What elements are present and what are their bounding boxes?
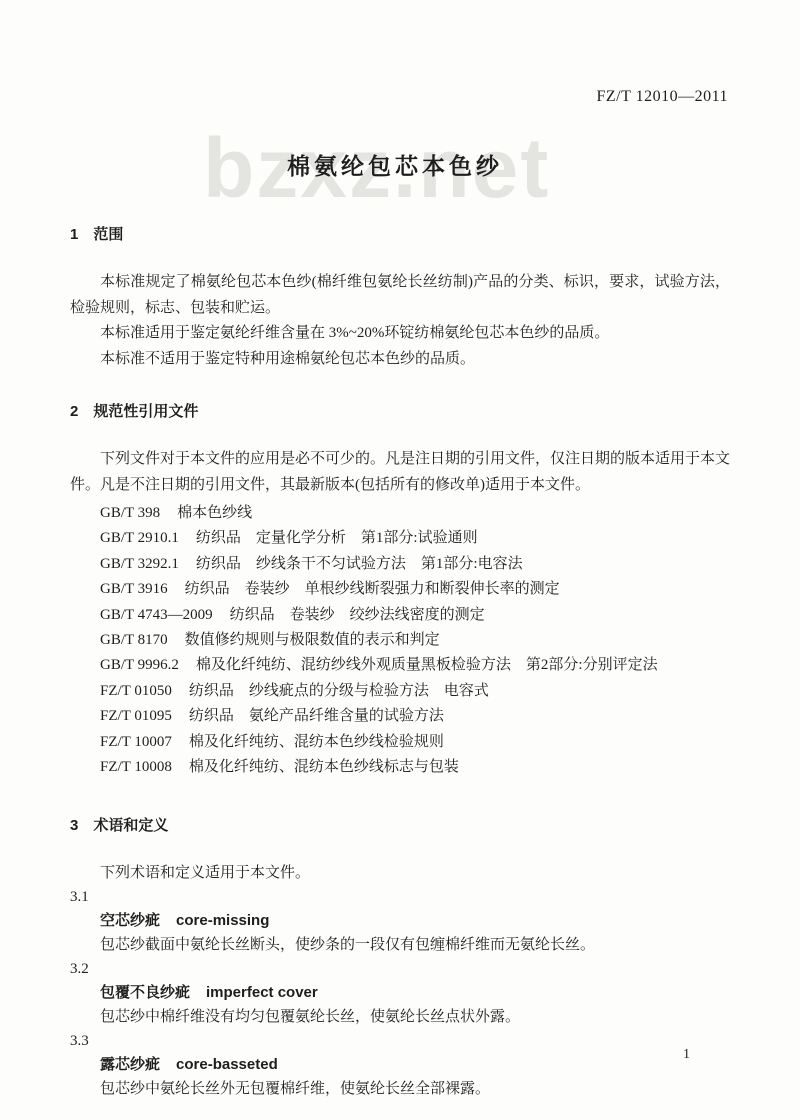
term-name-en: core-missing — [176, 912, 269, 929]
term-name: 包覆不良纱疵imperfect cover — [70, 981, 730, 1005]
reference-title: 纺织品 氨纶产品纤维含量的试验方法 — [189, 708, 444, 724]
reference-code: GB/T 3292.1 — [100, 556, 179, 572]
term-name-en: core-basseted — [176, 1056, 278, 1073]
term-definition: 包芯纱中棉纤维没有均匀包覆氨纶长丝，使氨纶长丝点状外露。 — [70, 1005, 730, 1029]
reference-title: 纺织品 定量化学分析 第1部分:试验通则 — [196, 530, 478, 546]
page-number: 1 — [683, 1047, 690, 1063]
reference-title: 纺织品 卷装纱 单根纱线断裂强力和断裂伸长率的测定 — [185, 581, 560, 597]
reference-code: FZ/T 01050 — [100, 683, 172, 699]
reference-title: 纺织品 纱线疵点的分级与检验方法 电容式 — [189, 683, 489, 699]
document-title: 棉氨纶包芯本色纱 — [70, 152, 720, 182]
reference-code: GB/T 398 — [100, 505, 160, 521]
reference-title: 棉及化纤纯纺、混纺本色纱线检验规则 — [189, 734, 444, 750]
section-heading-scope: 1范围 — [70, 226, 730, 244]
term-name-zh: 露芯纱疵 — [100, 1056, 160, 1073]
reference-code: FZ/T 10008 — [100, 759, 172, 775]
reference-title: 棉及化纤纯纺、混纺本色纱线标志与包装 — [189, 759, 459, 775]
reference-item: GB/T 3292.1纺织品 纱线条干不匀试验方法 第1部分:电容法 — [100, 552, 730, 577]
reference-code: GB/T 2910.1 — [100, 530, 179, 546]
reference-item: GB/T 4743—2009纺织品 卷装纱 绞纱法线密度的测定 — [100, 603, 730, 628]
reference-item: FZ/T 01095纺织品 氨纶产品纤维含量的试验方法 — [100, 704, 730, 729]
term-entry: 3.1 空芯纱疵core-missing 包芯纱截面中氨纶长丝断头，使纱条的一段… — [70, 885, 730, 957]
reference-title: 棉本色纱线 — [177, 505, 252, 521]
reference-code: FZ/T 10007 — [100, 734, 172, 750]
section-number: 3 — [70, 817, 78, 834]
reference-title: 数值修约规则与极限数值的表示和判定 — [185, 632, 440, 648]
section-heading-references: 2规范性引用文件 — [70, 403, 730, 421]
term-entry: 3.2 包覆不良纱疵imperfect cover 包芯纱中棉纤维没有均匀包覆氨… — [70, 957, 730, 1029]
term-name: 空芯纱疵core-missing — [70, 909, 730, 933]
reference-code: GB/T 3916 — [100, 581, 168, 597]
reference-item: GB/T 8170数值修约规则与极限数值的表示和判定 — [100, 628, 730, 653]
reference-item: GB/T 9996.2棉及化纤纯纺、混纺纱线外观质量黑板检验方法 第2部分:分别… — [100, 653, 730, 678]
term-number: 3.2 — [70, 957, 730, 981]
section-number: 2 — [70, 403, 78, 420]
term-name-zh: 包覆不良纱疵 — [100, 984, 190, 1001]
term-number: 3.1 — [70, 885, 730, 909]
scope-paragraph-2: 本标准适用于鉴定氨纶纤维含量在 3%~20%环锭纺棉氨纶包芯本色纱的品质。 — [70, 321, 730, 347]
scope-paragraph-1: 本标准规定了棉氨纶包芯本色纱(棉纤维包氨纶长丝纺制)产品的分类、标识，要求，试验… — [70, 270, 730, 321]
term-definition: 包芯纱中氨纶长丝外无包覆棉纤维，使氨纶长丝全部裸露。 — [70, 1077, 730, 1101]
reference-code: GB/T 4743—2009 — [100, 607, 213, 623]
term-entry: 3.3 露芯纱疵core-basseted 包芯纱中氨纶长丝外无包覆棉纤维，使氨… — [70, 1029, 730, 1101]
term-name-en: imperfect cover — [206, 984, 318, 1001]
reference-code: FZ/T 01095 — [100, 708, 172, 724]
standard-code: FZ/T 12010—2011 — [70, 0, 730, 106]
references-intro: 下列文件对于本文件的应用是必不可少的。凡是注日期的引用文件，仅注日期的版本适用于… — [70, 447, 730, 498]
reference-list: GB/T 398棉本色纱线 GB/T 2910.1纺织品 定量化学分析 第1部分… — [100, 501, 730, 780]
terms-intro: 下列术语和定义适用于本文件。 — [70, 861, 730, 885]
reference-item: FZ/T 10007棉及化纤纯纺、混纺本色纱线检验规则 — [100, 730, 730, 755]
term-definition: 包芯纱截面中氨纶长丝断头，使纱条的一段仅有包缠棉纤维而无氨纶长丝。 — [70, 933, 730, 957]
reference-title: 纺织品 卷装纱 绞纱法线密度的测定 — [230, 607, 485, 623]
section-name: 术语和定义 — [93, 817, 168, 834]
section-name: 范围 — [93, 226, 123, 243]
reference-item: GB/T 3916纺织品 卷装纱 单根纱线断裂强力和断裂伸长率的测定 — [100, 577, 730, 602]
reference-item: GB/T 398棉本色纱线 — [100, 501, 730, 526]
reference-item: FZ/T 10008棉及化纤纯纺、混纺本色纱线标志与包装 — [100, 755, 730, 780]
section-name: 规范性引用文件 — [93, 403, 198, 420]
term-name-zh: 空芯纱疵 — [100, 912, 160, 929]
reference-title: 棉及化纤纯纺、混纺纱线外观质量黑板检验方法 第2部分:分别评定法 — [196, 657, 658, 673]
reference-item: FZ/T 01050纺织品 纱线疵点的分级与检验方法 电容式 — [100, 679, 730, 704]
term-name: 露芯纱疵core-basseted — [70, 1053, 730, 1077]
reference-item: GB/T 2910.1纺织品 定量化学分析 第1部分:试验通则 — [100, 526, 730, 551]
section-heading-terms: 3术语和定义 — [70, 817, 730, 835]
document-page: FZ/T 12010—2011 棉氨纶包芯本色纱 1范围 本标准规定了棉氨纶包芯… — [0, 0, 800, 1101]
reference-code: GB/T 9996.2 — [100, 657, 179, 673]
section-number: 1 — [70, 226, 78, 243]
reference-title: 纺织品 纱线条干不匀试验方法 第1部分:电容法 — [196, 556, 523, 572]
scope-paragraph-3: 本标准不适用于鉴定特种用途棉氨纶包芯本色纱的品质。 — [70, 347, 730, 373]
reference-code: GB/T 8170 — [100, 632, 168, 648]
term-number: 3.3 — [70, 1029, 730, 1053]
